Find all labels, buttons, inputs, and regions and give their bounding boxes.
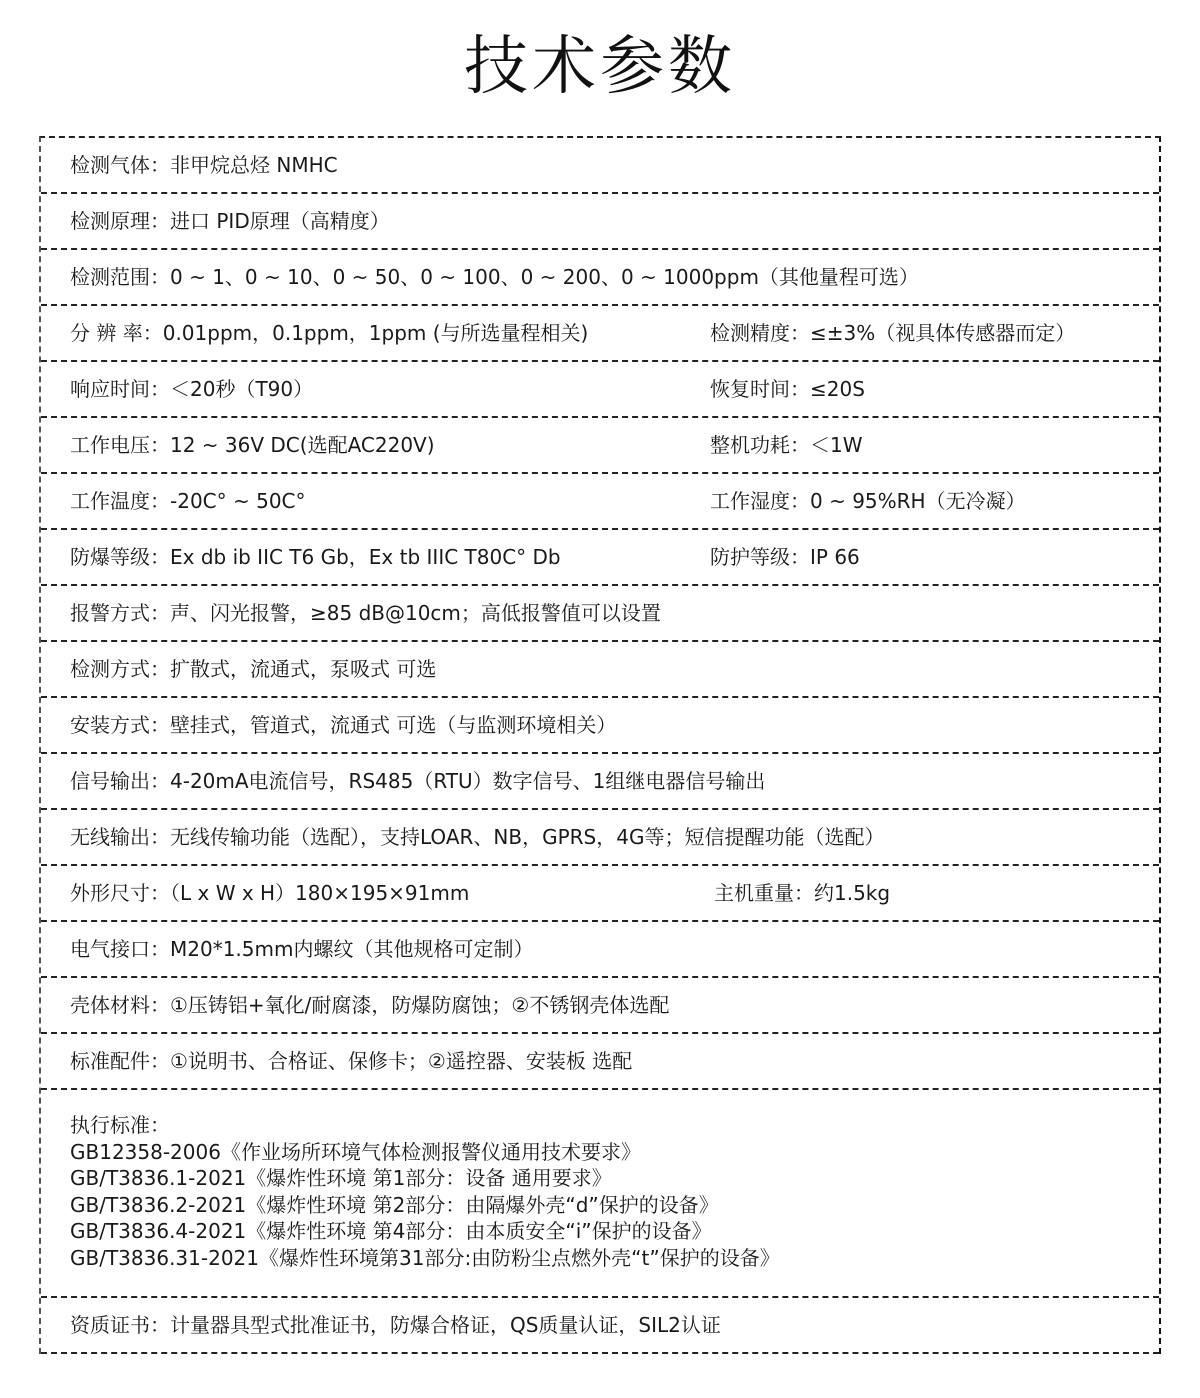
- spec-row-gas: 检测气体：非甲烷总烃 NMHC: [41, 138, 1159, 194]
- spec-row-explosion: 防爆等级：Ex db ib IIC T6 Gb，Ex tb IIIC T80C°…: [41, 530, 1159, 586]
- spec-working-humidity: 工作湿度：0 ~ 95%RH（无冷凝）: [710, 474, 1026, 528]
- spec-electrical-interface: 电气接口：M20*1.5mm内螺纹（其他规格可定制）: [70, 922, 533, 976]
- spec-row-temperature: 工作温度：-20C° ~ 50C° 工作湿度：0 ~ 95%RH（无冷凝）: [41, 474, 1159, 530]
- spec-resolution: 分 辨 率：0.01ppm，0.1ppm，1ppm (与所选量程相关): [70, 306, 588, 360]
- standard-item: GB/T3836.1-2021《爆炸性环境 第1部分：设备 通用要求》: [70, 1165, 780, 1192]
- standard-item: GB/T3836.31-2021《爆炸性环境第31部分:由防粉尘点燃外壳“t”保…: [70, 1245, 780, 1272]
- spec-row-range: 检测范围：0 ~ 1、0 ~ 10、0 ~ 50、0 ~ 100、0 ~ 200…: [41, 250, 1159, 306]
- spec-row-voltage: 工作电压：12 ~ 36V DC(选配AC220V) 整机功耗：＜1W: [41, 418, 1159, 474]
- spec-alarm-mode: 报警方式：声、闪光报警，≥85 dB@10cm；高低报警值可以设置: [70, 586, 661, 640]
- spec-row-dimensions: 外形尺寸：（L x W x H）180×195×91mm 主机重量：约1.5kg: [41, 866, 1159, 922]
- spec-signal-output: 信号输出：4-20mA电流信号，RS485（RTU）数字信号、1组继电器信号输出: [70, 754, 765, 808]
- spec-power-consumption: 整机功耗：＜1W: [710, 418, 863, 472]
- standards-list: 执行标准： GB12358-2006《作业场所环境气体检测报警仪通用技术要求》 …: [70, 1112, 780, 1271]
- spec-row-standards: 执行标准： GB12358-2006《作业场所环境气体检测报警仪通用技术要求》 …: [41, 1090, 1159, 1298]
- spec-row-interface: 电气接口：M20*1.5mm内螺纹（其他规格可定制）: [41, 922, 1159, 978]
- spec-response-time: 响应时间：＜20秒（T90）: [70, 362, 313, 416]
- spec-row-housing: 壳体材料：①压铸铝+氧化/耐腐漆，防爆防腐蚀；②不锈钢壳体选配: [41, 978, 1159, 1034]
- spec-protection-grade: 防护等级：IP 66: [710, 530, 860, 584]
- spec-certificates: 资质证书：计量器具型式批准证书，防爆合格证，QS质量认证，SIL2认证: [70, 1298, 721, 1352]
- spec-row-principle: 检测原理：进口 PID原理（高精度）: [41, 194, 1159, 250]
- standards-heading: 执行标准：: [70, 1112, 780, 1139]
- spec-housing-material: 壳体材料：①压铸铝+氧化/耐腐漆，防爆防腐蚀；②不锈钢壳体选配: [70, 978, 669, 1032]
- spec-detection-principle: 检测原理：进口 PID原理（高精度）: [70, 194, 390, 248]
- spec-detection-range: 检测范围：0 ~ 1、0 ~ 10、0 ~ 50、0 ~ 100、0 ~ 200…: [70, 250, 919, 304]
- standard-item: GB/T3836.2-2021《爆炸性环境 第2部分：由隔爆外壳“d”保护的设备…: [70, 1192, 780, 1219]
- spec-row-signal: 信号输出：4-20mA电流信号，RS485（RTU）数字信号、1组继电器信号输出: [41, 754, 1159, 810]
- spec-detection-mode: 检测方式：扩散式，流通式，泵吸式 可选: [70, 642, 436, 696]
- spec-row-detection-mode: 检测方式：扩散式，流通式，泵吸式 可选: [41, 642, 1159, 698]
- spec-row-response: 响应时间：＜20秒（T90） 恢复时间：≤20S: [41, 362, 1159, 418]
- spec-weight: 主机重量：约1.5kg: [714, 866, 890, 920]
- spec-explosion-proof-grade: 防爆等级：Ex db ib IIC T6 Gb，Ex tb IIIC T80C°…: [70, 530, 561, 584]
- spec-row-alarm: 报警方式：声、闪光报警，≥85 dB@10cm；高低报警值可以设置: [41, 586, 1159, 642]
- spec-dimensions: 外形尺寸：（L x W x H）180×195×91mm: [70, 866, 469, 920]
- spec-wireless-output: 无线输出：无线传输功能（选配），支持LOAR、NB，GPRS，4G等；短信提醒功…: [70, 810, 884, 864]
- spec-working-voltage: 工作电压：12 ~ 36V DC(选配AC220V): [70, 418, 435, 472]
- spec-standard-accessories: 标准配件：①说明书、合格证、保修卡；②遥控器、安装板 选配: [70, 1034, 632, 1088]
- spec-row-wireless: 无线输出：无线传输功能（选配），支持LOAR、NB，GPRS，4G等；短信提醒功…: [41, 810, 1159, 866]
- spec-row-certificates: 资质证书：计量器具型式批准证书，防爆合格证，QS质量认证，SIL2认证: [41, 1298, 1159, 1354]
- spec-row-accessories: 标准配件：①说明书、合格证、保修卡；②遥控器、安装板 选配: [41, 1034, 1159, 1090]
- spec-row-resolution: 分 辨 率：0.01ppm，0.1ppm，1ppm (与所选量程相关) 检测精度…: [41, 306, 1159, 362]
- spec-accuracy: 检测精度：≤±3%（视具体传感器而定）: [710, 306, 1075, 360]
- spec-row-installation: 安装方式：壁挂式，管道式，流通式 可选（与监测环境相关）: [41, 698, 1159, 754]
- spec-working-temperature: 工作温度：-20C° ~ 50C°: [70, 474, 306, 528]
- standard-item: GB12358-2006《作业场所环境气体检测报警仪通用技术要求》: [70, 1139, 780, 1166]
- page-title: 技术参数: [0, 22, 1200, 112]
- spec-table: 检测气体：非甲烷总烃 NMHC 检测原理：进口 PID原理（高精度） 检测范围：…: [39, 136, 1161, 1354]
- spec-detected-gas: 检测气体：非甲烷总烃 NMHC: [70, 138, 338, 192]
- standard-item: GB/T3836.4-2021《爆炸性环境 第4部分：由本质安全“i”保护的设备…: [70, 1218, 780, 1245]
- spec-installation-mode: 安装方式：壁挂式，管道式，流通式 可选（与监测环境相关）: [70, 698, 616, 752]
- spec-recovery-time: 恢复时间：≤20S: [710, 362, 865, 416]
